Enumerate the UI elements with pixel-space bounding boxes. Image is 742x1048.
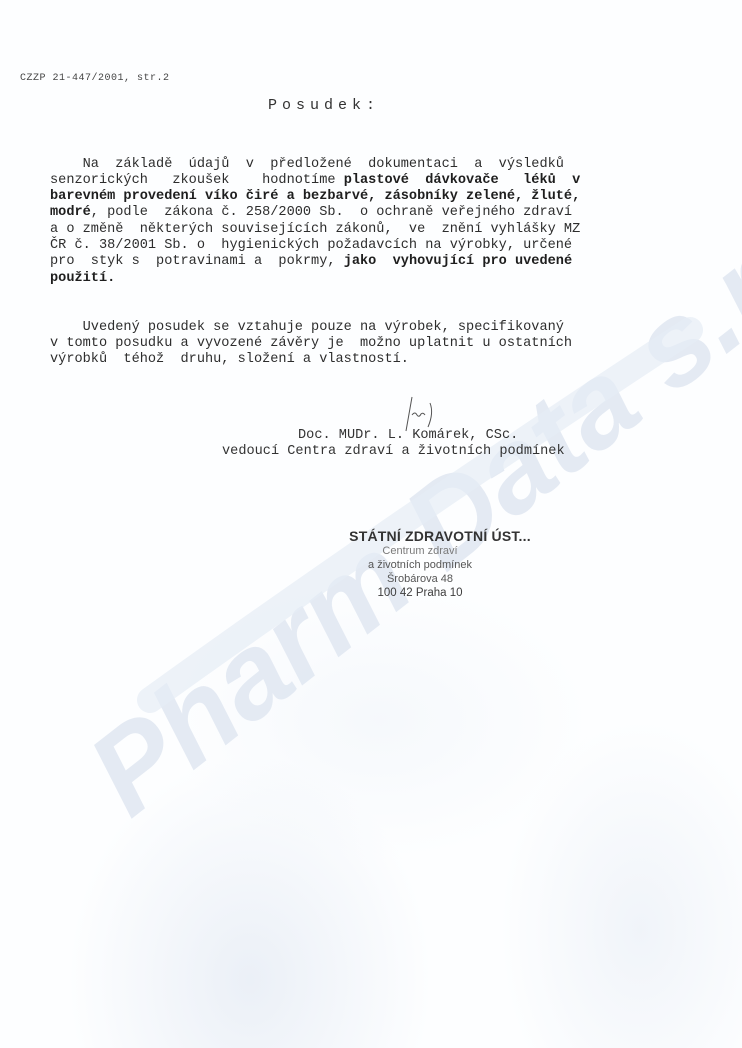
text-line: pro styk s potravinami a pokrmy, jako vy… [50,254,690,270]
document-reference: CZZP 21-447/2001, str.2 [20,73,170,84]
text-line: ČR č. 38/2001 Sb. o hygienických požadav… [50,238,690,254]
text-line: použití. [50,271,690,287]
stamp-title: STÁTNÍ ZDRAVOTNÍ ÚST... [340,528,540,544]
text-line: Na základě údajů v předložené dokumentac… [50,157,690,173]
signatory-role: vedoucí Centra zdraví a životních podmín… [222,444,565,459]
text-line: senzorických zkoušek hodnotíme plastové … [50,173,690,189]
text-line: a o změně některých souvisejících zákonů… [50,222,690,238]
document-body: Na základě údajů v předložené dokumentac… [50,124,690,385]
paragraph-assessment: Na základě údajů v předložené dokumentac… [50,157,690,287]
signatory-name: Doc. MUDr. L. Komárek, CSc. [298,428,518,443]
document-title: Posudek: [268,97,380,114]
stamp-line: Centrum zdraví [300,544,540,558]
text-line: v tomto posudku a vyvozené závěry je mož… [50,336,690,352]
official-stamp: STÁTNÍ ZDRAVOTNÍ ÚST... Centrum zdraví a… [300,528,540,600]
text-line: barevném provedení víko čiré a bezbarvé,… [50,189,690,205]
text-line: Uvedený posudek se vztahuje pouze na výr… [50,320,690,336]
stamp-line: a životních podmínek [300,558,540,572]
stamp-line: Šrobárova 48 [300,572,540,586]
text-line: výrobků téhož druhu, složení a vlastnost… [50,352,690,368]
text-line: modré, podle zákona č. 258/2000 Sb. o oc… [50,205,690,221]
stamp-line: 100 42 Praha 10 [300,586,540,600]
paragraph-scope: Uvedený posudek se vztahuje pouze na výr… [50,320,690,369]
